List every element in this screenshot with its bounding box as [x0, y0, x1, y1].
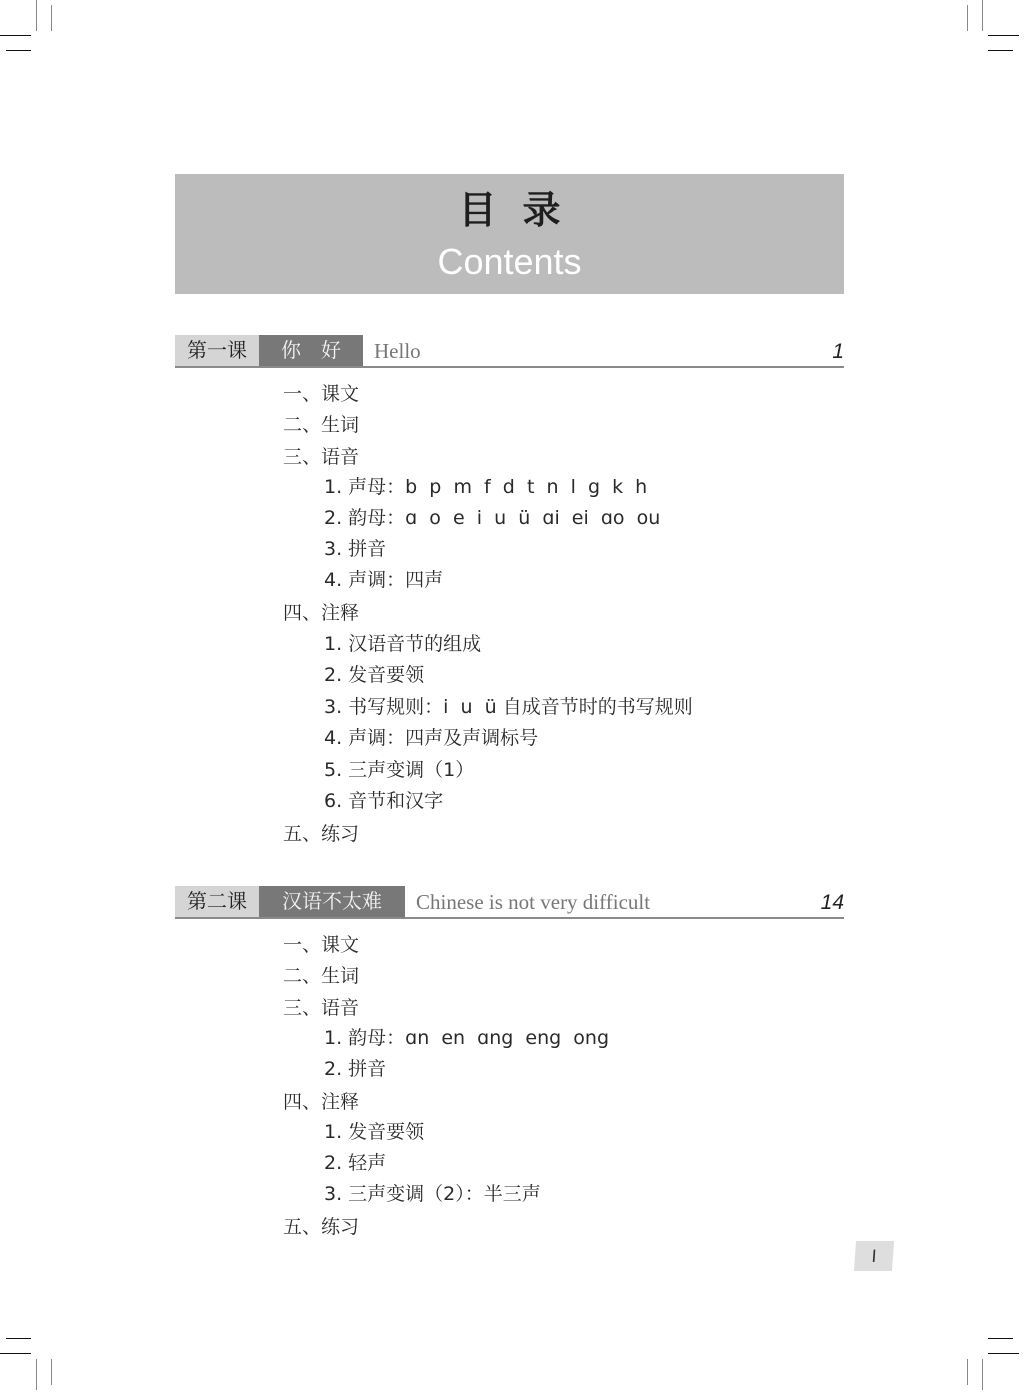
- toc-subentry[interactable]: 1. 发音要领: [324, 1120, 424, 1144]
- page-title-en: Contents: [175, 242, 844, 282]
- toc-subentry[interactable]: 2. 轻声: [324, 1151, 386, 1175]
- page-title-zh: 目录: [175, 188, 844, 232]
- lesson-page-number: 1: [832, 335, 844, 368]
- contents-banner: 目录 Contents: [175, 174, 844, 294]
- toc-entry[interactable]: 四、注释: [283, 601, 359, 625]
- lesson-number: 第一课: [175, 335, 259, 366]
- toc-subentry[interactable]: 2. 发音要领: [324, 663, 424, 687]
- lesson-title-en: Hello: [374, 335, 421, 368]
- toc-entry[interactable]: 二、生词: [283, 413, 359, 437]
- toc-entry[interactable]: 一、课文: [283, 382, 359, 406]
- page-folio: I: [854, 1241, 894, 1271]
- lesson-header-2[interactable]: 第二课 汉语不太难 Chinese is not very difficult …: [175, 886, 844, 919]
- toc-subentry[interactable]: 4. 声调：四声及声调标号: [324, 726, 538, 750]
- toc-entry[interactable]: 一、课文: [283, 933, 359, 957]
- toc-subentry[interactable]: 3. 三声变调（2）：半三声: [324, 1182, 541, 1206]
- toc-subentry[interactable]: 5. 三声变调（1）: [324, 758, 474, 782]
- toc-entry[interactable]: 三、语音: [283, 445, 359, 469]
- toc-subentry[interactable]: 1. 汉语音节的组成: [324, 632, 481, 656]
- toc-entry[interactable]: 三、语音: [283, 996, 359, 1020]
- toc-subentry[interactable]: 3. 拼音: [324, 537, 386, 561]
- lesson-page-number: 14: [821, 886, 844, 919]
- lesson-title-zh: 你 好: [259, 335, 363, 366]
- toc-entry[interactable]: 四、注释: [283, 1090, 359, 1114]
- toc-subentry[interactable]: 2. 韵母：ɑ o e i u ü ɑi ei ɑo ou: [324, 506, 660, 530]
- toc-subentry[interactable]: 6. 音节和汉字: [324, 789, 443, 813]
- toc-entry[interactable]: 二、生词: [283, 964, 359, 988]
- toc-subentry[interactable]: 4. 声调：四声: [324, 568, 443, 592]
- toc-subentry[interactable]: 1. 声母：b p m f d t n l g k h: [324, 475, 647, 499]
- toc-subentry[interactable]: 3. 书写规则：i u ü 自成音节时的书写规则: [324, 695, 693, 719]
- toc-entry[interactable]: 五、练习: [283, 822, 359, 846]
- toc-subentry[interactable]: 2. 拼音: [324, 1057, 386, 1081]
- lesson-number: 第二课: [175, 886, 259, 917]
- toc-entry[interactable]: 五、练习: [283, 1215, 359, 1239]
- toc-subentry[interactable]: 1. 韵母：ɑn en ɑng eng ong: [324, 1026, 609, 1050]
- lesson-title-zh: 汉语不太难: [259, 886, 405, 917]
- lesson-header-1[interactable]: 第一课 你 好 Hello 1: [175, 335, 844, 368]
- lesson-title-en: Chinese is not very difficult: [416, 886, 650, 919]
